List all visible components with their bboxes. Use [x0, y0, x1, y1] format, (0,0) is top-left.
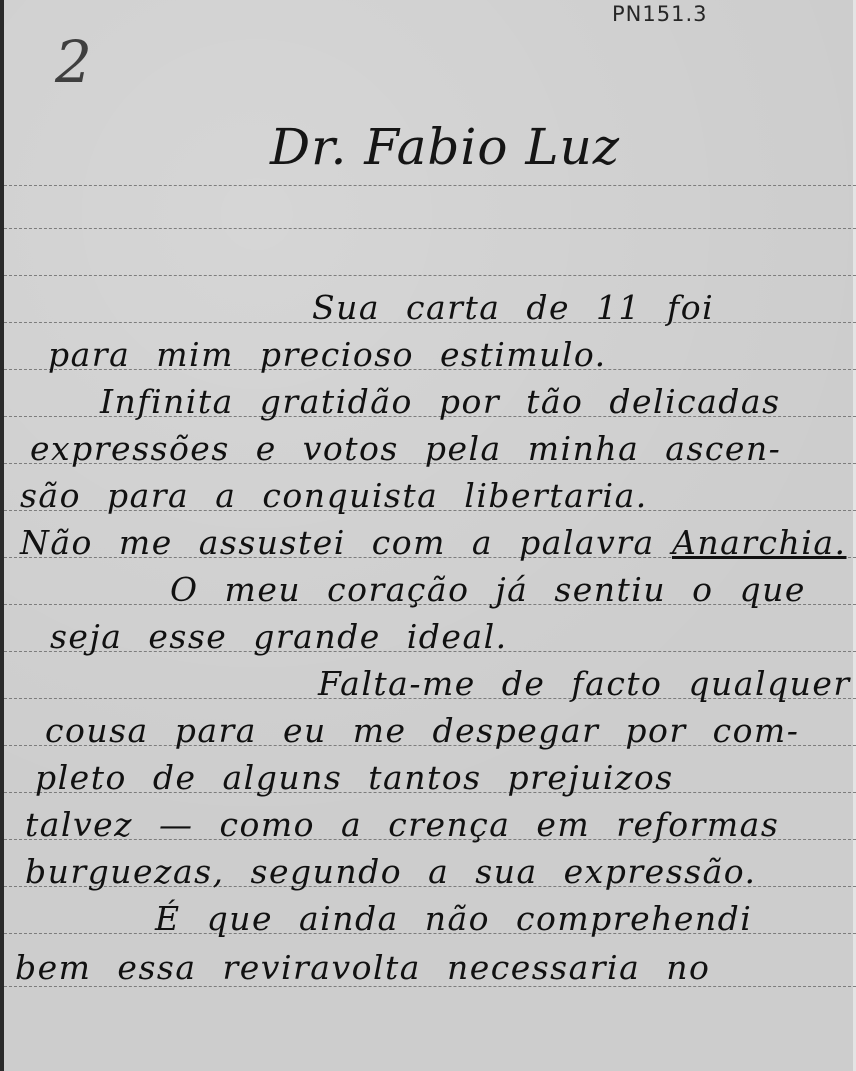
- letter-line: É que ainda não comprehendi: [155, 899, 752, 938]
- letter-line: burguezas, segundo a sua expressão.: [25, 852, 757, 891]
- letter-line: seja esse grande ideal.: [50, 617, 508, 656]
- salutation: Dr. Fabio Luz: [270, 118, 620, 176]
- letter-line: pleto de alguns tantos prejuizos: [35, 758, 674, 797]
- ruled-line: [4, 185, 856, 186]
- letter-line: Não me assustei com a palavra: [20, 523, 655, 562]
- letter-line: são para a conquista libertaria.: [20, 476, 648, 515]
- ruled-line: [4, 228, 856, 229]
- letter-line-emphasis: Anarchia.: [672, 523, 847, 562]
- page-number: 2: [55, 28, 92, 96]
- letter-line: O meu coração já sentiu o que: [170, 570, 806, 609]
- archive-reference: PN151.3: [612, 2, 708, 26]
- letter-line: bem essa reviravolta necessaria no: [15, 948, 710, 987]
- letter-line: Falta-me de facto qualquer: [318, 664, 851, 703]
- scan-left-edge: [0, 0, 4, 1071]
- letter-line: para mim precioso estimulo.: [48, 335, 607, 374]
- letter-line: Sua carta de 11 foi: [312, 288, 714, 327]
- letter-line: cousa para eu me despegar por com-: [45, 711, 799, 750]
- letter-line: talvez — como a crença em reformas: [25, 805, 779, 844]
- letter-line: expressões e votos pela minha ascen-: [30, 429, 781, 468]
- letter-line: Infinita gratidão por tão delicadas: [100, 382, 781, 421]
- letter-page: 2 PN151.3 Dr. Fabio Luz Sua carta de 11 …: [0, 0, 856, 1071]
- ruled-line: [4, 275, 856, 276]
